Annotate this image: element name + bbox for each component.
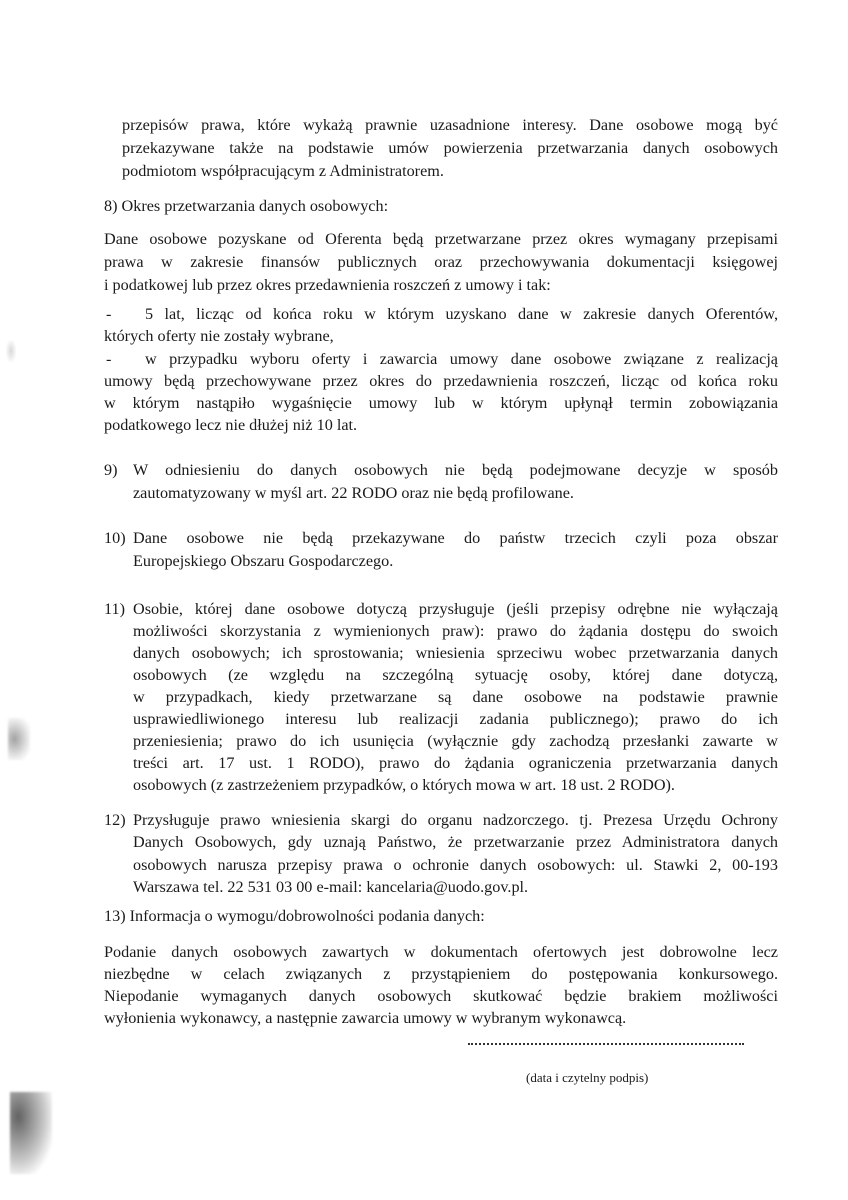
section-8-line: Dane osobowe pozyskane od Oferenta będą …	[104, 229, 778, 249]
section-13-heading: 13) Informacja o wymogu/dobrowolności po…	[104, 906, 485, 926]
section-9-line: W odniesieniu do danych osobowych nie bę…	[133, 460, 778, 480]
section-11-line: danych osobowych; ich sprostowania; wnie…	[133, 643, 778, 663]
signature-dotted-line	[468, 1043, 744, 1045]
bullet-dash: -	[106, 349, 111, 369]
section-13-line: wyłonienia wykonawcy, a następnie zawarc…	[104, 1008, 626, 1028]
scanned-document-page: przepisów prawa, które wykażą prawnie uz…	[0, 0, 848, 1200]
section-12-line: Przysługuje prawo wniesienia skargi do o…	[133, 810, 778, 830]
section-10-line: Dane osobowe nie będą przekazywane do pa…	[133, 528, 778, 548]
section-13-line: Niepodanie wymaganych danych osobowych s…	[104, 986, 778, 1006]
section-9-number: 9)	[104, 460, 117, 480]
intro-line: podmiotom współpracującym z Administrato…	[122, 161, 444, 181]
section-12-number: 12)	[104, 810, 126, 830]
bullet-line: których oferty nie zostały wybrane,	[104, 326, 334, 346]
section-11-line: w przypadkach, kiedy przetwarzane są dan…	[133, 687, 778, 707]
section-11-line: osobowych (z zastrzeżeniem przypadków, o…	[133, 775, 675, 795]
bullet-dash: -	[106, 304, 111, 324]
section-9-line: zautomatyzowany w myśl art. 22 RODO oraz…	[133, 483, 574, 503]
section-10-line: Europejskiego Obszaru Gospodarczego.	[133, 551, 393, 571]
section-11-line: treści art. 17 ust. 1 RODO), prawo do żą…	[133, 753, 778, 773]
signature-caption: (data i czytelny podpis)	[526, 1070, 648, 1086]
section-11-line: możliwości skorzystania z wymienionych p…	[133, 621, 778, 641]
bullet-line: podatkowego lecz nie dłużej niż 10 lat.	[104, 415, 357, 435]
section-13-line: niezbędne w celach związanych z przystąp…	[104, 964, 778, 984]
section-8-line: i podatkowej lub przez okres przedawnien…	[104, 275, 551, 295]
section-10-number: 10)	[104, 528, 126, 548]
section-11-line: osobowych (ze względu na szczególną sytu…	[133, 665, 778, 685]
scan-artifact	[10, 1092, 52, 1174]
section-11-line: Osobie, której dane osobowe dotyczą przy…	[133, 599, 778, 619]
section-8-heading: 8) Okres przetwarzania danych osobowych:	[104, 196, 388, 216]
bullet-line: w przypadku wyboru oferty i zawarcia umo…	[145, 349, 778, 369]
section-11-line: usprawiedliwionego interesu lub realizac…	[133, 709, 778, 729]
scan-artifact	[8, 718, 30, 760]
section-12-email-line: Warszawa tel. 22 531 03 00 e-mail: kance…	[133, 877, 528, 897]
section-12-line: osobowych narusza przepisy prawa o ochro…	[133, 855, 778, 875]
bullet-line: w którym nastąpiło wygaśnięcie umowy lub…	[104, 393, 778, 413]
section-12-line: Danych Osobowych, gdy uznają Państwo, że…	[133, 832, 778, 852]
scan-artifact	[6, 340, 16, 362]
intro-line: przepisów prawa, które wykażą prawnie uz…	[122, 115, 778, 135]
section-13-line: Podanie danych osobowych zawartych w dok…	[104, 942, 778, 962]
bullet-line: umowy będą przechowywane przez okres do …	[104, 371, 778, 391]
section-8-line: prawa w zakresie finansów publicznych or…	[104, 252, 778, 272]
section-11-number: 11)	[104, 599, 125, 619]
intro-line: przekazywane także na podstawie umów pow…	[122, 138, 778, 158]
section-11-line: przeniesienia; prawo do ich usunięcia (w…	[133, 731, 778, 751]
bullet-line: 5 lat, licząc od końca roku w którym uzy…	[145, 304, 778, 324]
